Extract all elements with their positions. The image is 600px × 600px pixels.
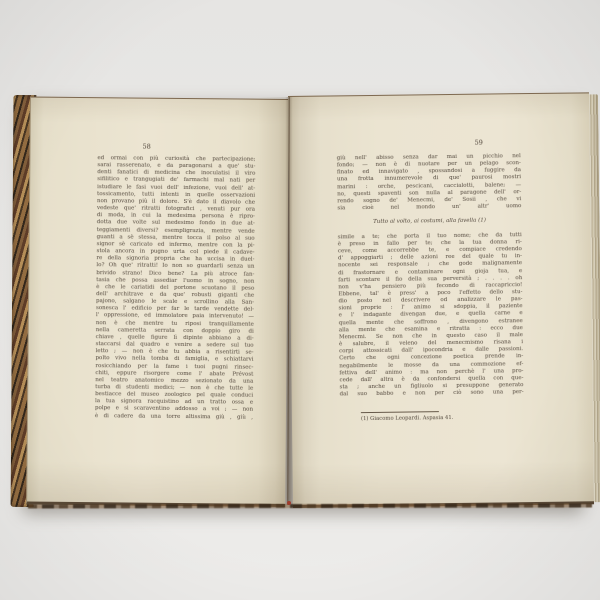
binding-thread-speck <box>287 501 291 505</box>
footnote-separator-rule <box>361 411 439 413</box>
left-page-number: 58 <box>142 143 150 151</box>
right-page: 59 giù nell' abisso senza dar mai un pic… <box>288 92 594 508</box>
right-page-text-block: giù nell' abisso senza dar mai un picchi… <box>337 153 524 399</box>
right-page-number: 59 <box>475 139 483 147</box>
right-page-paragraph-2: simile a te; che porta il tuo nome; che … <box>338 232 524 399</box>
left-page-paragraph: ed ormai con più curiosità che partecipa… <box>95 155 256 421</box>
gutter-shadow <box>258 97 320 505</box>
gutter-fold-line <box>287 97 289 505</box>
left-page: 58 ed ormai con più curiosità che partec… <box>26 97 289 507</box>
verse-quotation: Tutto al volto, ai costumi, alla favella… <box>338 217 522 226</box>
footnote-citation: (1) Giacomo Leopardi. Aspasia 41. <box>361 414 531 423</box>
right-page-paragraph-1: giù nell' abisso senza dar mai un picchi… <box>337 153 522 212</box>
marbled-cover-edge <box>11 95 37 507</box>
photo-background: 58 ed ormai con più curiosità che partec… <box>0 0 600 600</box>
book-drop-shadow <box>22 104 584 514</box>
page-fore-edge <box>589 94 600 502</box>
open-book: 58 ed ormai con più curiosità che partec… <box>12 90 592 514</box>
left-page-text-block: ed ormai con più curiosità che partecipa… <box>95 155 256 421</box>
bottom-page-edge <box>28 504 592 509</box>
